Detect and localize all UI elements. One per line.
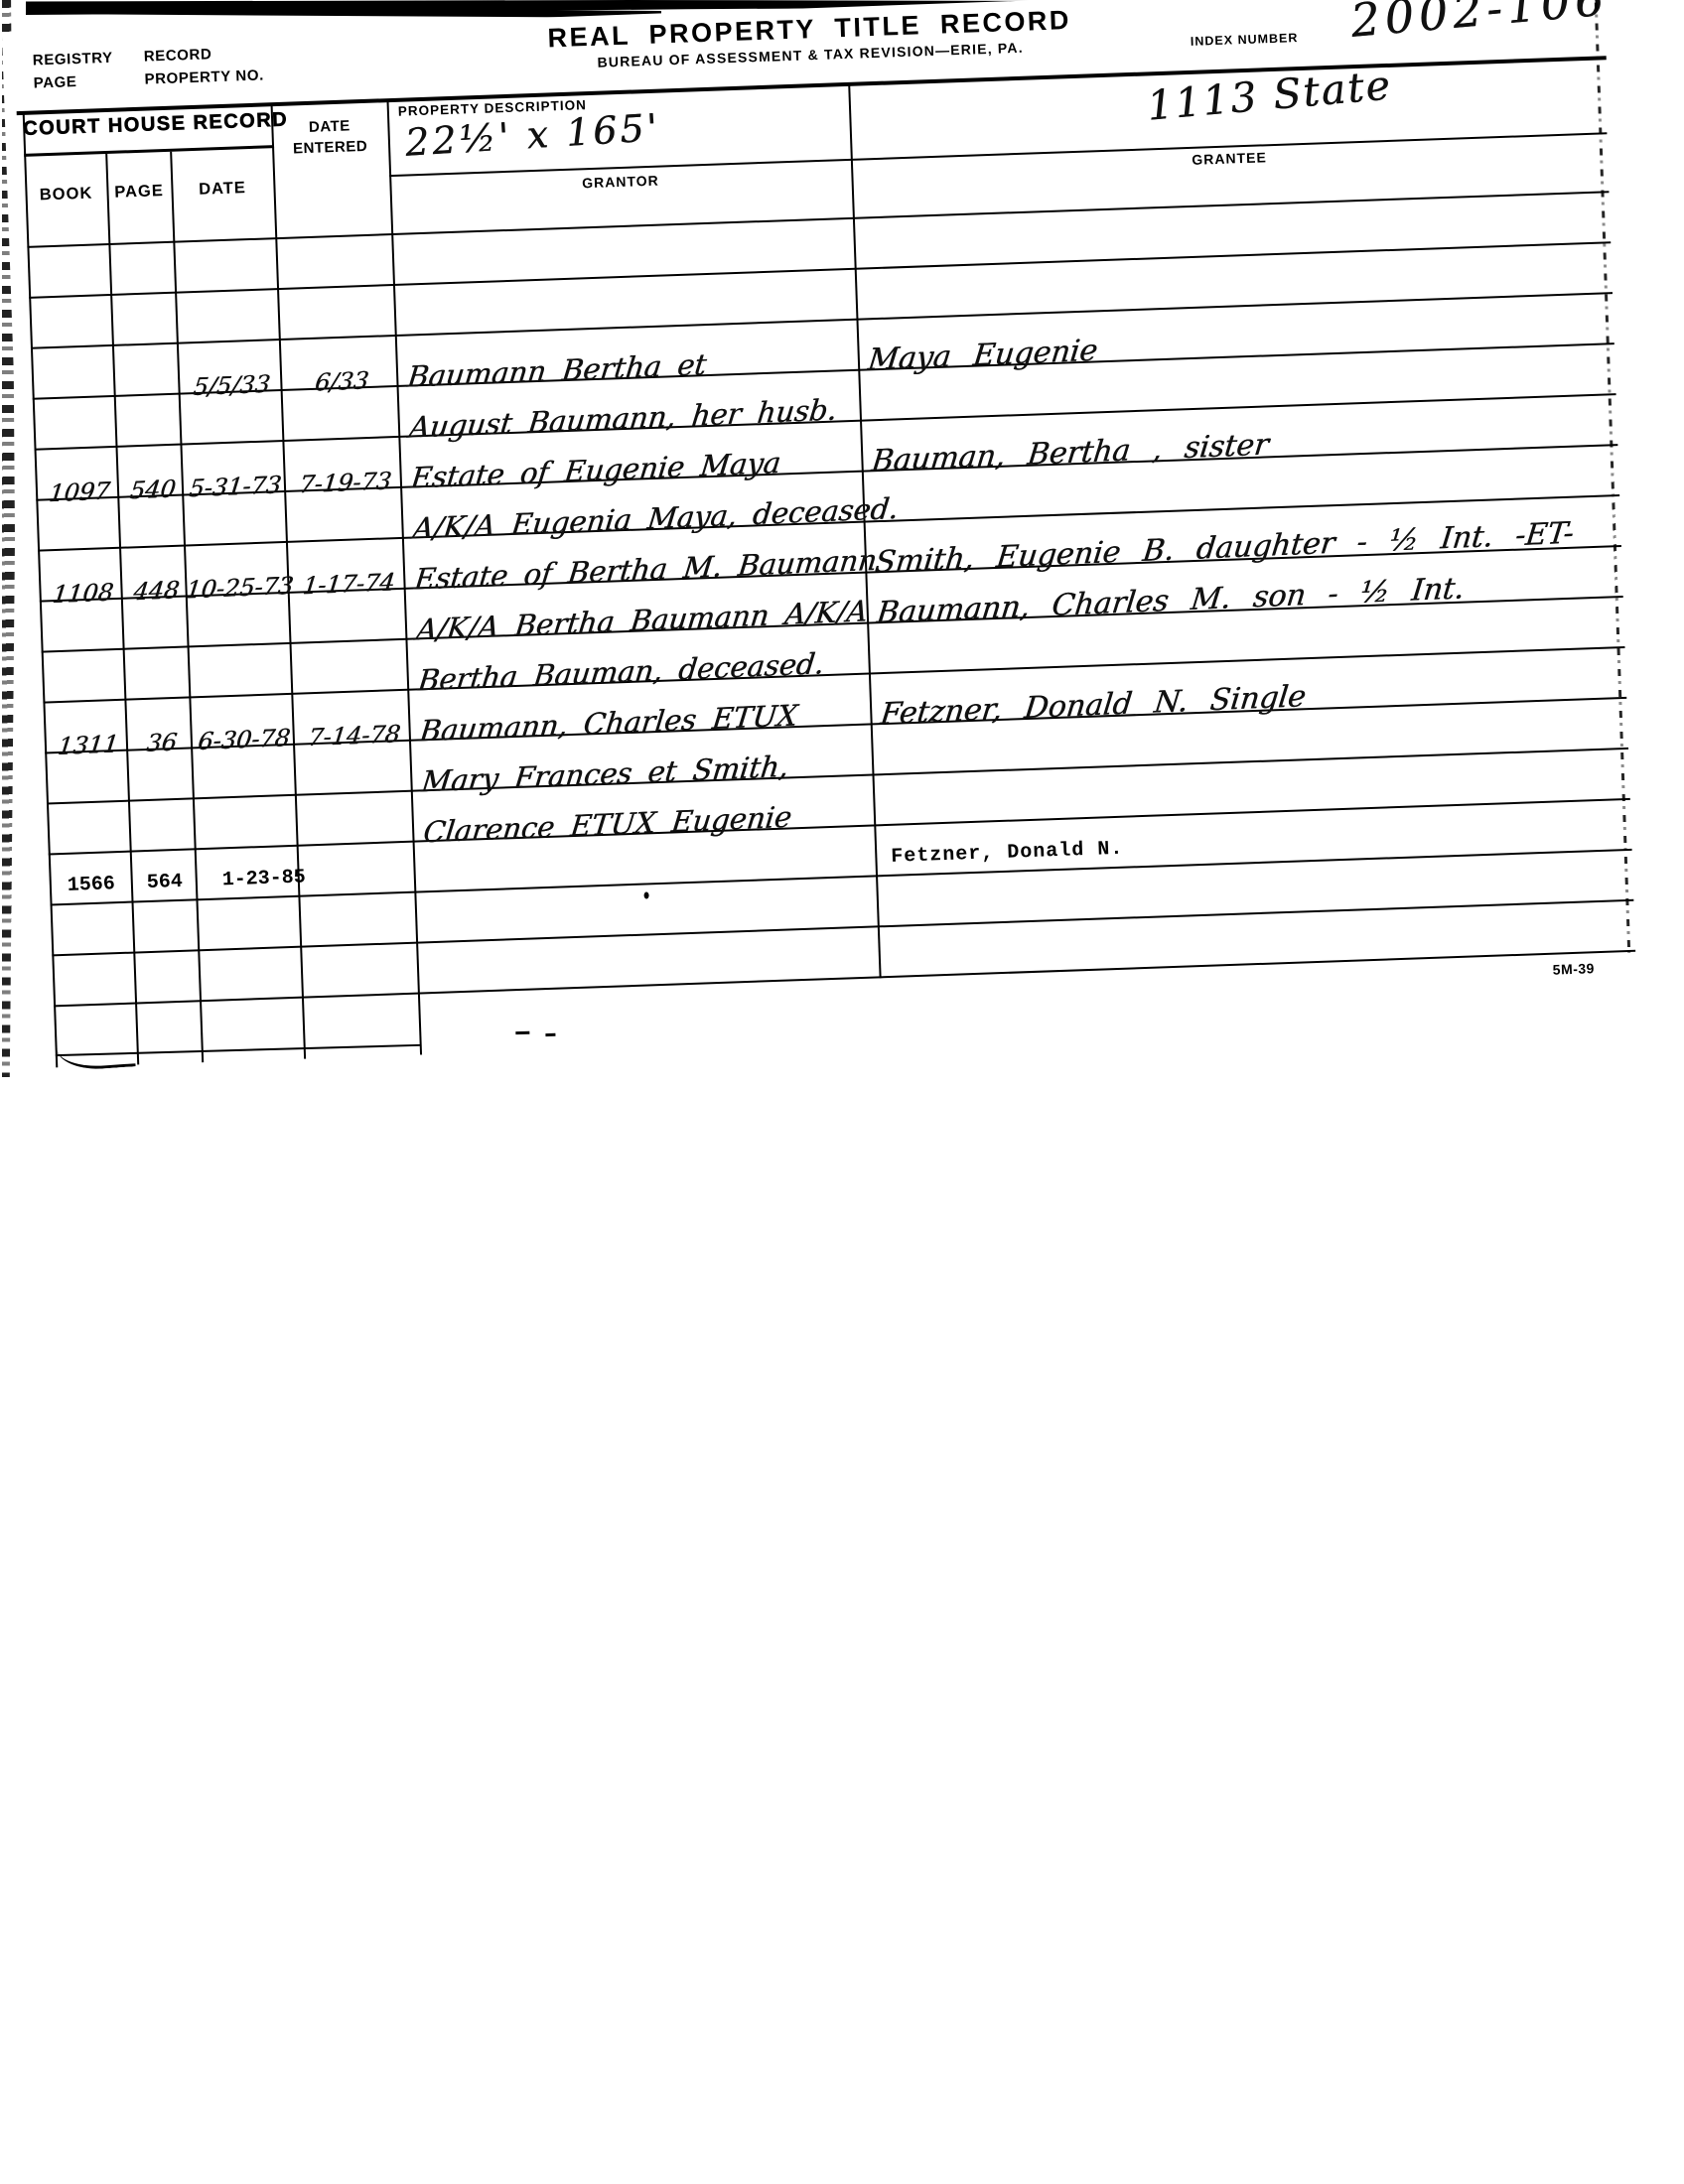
column-header-grantor: GRANTOR bbox=[389, 166, 851, 198]
column-header-grantee: GRANTEE bbox=[851, 137, 1608, 180]
column-header-book: BOOK bbox=[25, 184, 107, 205]
scan-artifact-tick bbox=[545, 1033, 555, 1036]
court-house-record-header: COURT HOUSE RECORD bbox=[23, 109, 274, 141]
cell-date: 1-23-85 bbox=[200, 868, 328, 891]
column-header-page: PAGE bbox=[106, 182, 172, 203]
registry-page-label: REGISTRY PAGE bbox=[32, 47, 113, 95]
record-property-no-label: RECORD PROPERTY NO. bbox=[143, 41, 264, 91]
form-number: 5M-39 bbox=[1552, 960, 1595, 977]
scanned-document-page: REGISTRY PAGE RECORD PROPERTY NO. REAL P… bbox=[0, 0, 1684, 2184]
scan-artifact-tick bbox=[515, 1031, 529, 1034]
court-house-record-underline bbox=[24, 145, 274, 157]
record-table: 5/5/336/33Baumann Bertha etMaya EugenieA… bbox=[27, 191, 1635, 1007]
cell-book: 1566 bbox=[52, 875, 132, 897]
column-header-date-entered: DATE ENTERED bbox=[271, 114, 388, 160]
index-number-label: INDEX NUMBER bbox=[1191, 31, 1299, 49]
title-record-card: REGISTRY PAGE RECORD PROPERTY NO. REAL P… bbox=[2, 0, 1648, 1088]
scan-artifact-corner-mark bbox=[57, 1043, 135, 1071]
scan-artifact-dot bbox=[643, 891, 648, 898]
column-header-date: DATE bbox=[171, 178, 274, 201]
index-number-value: 2002-106 bbox=[1348, 0, 1611, 48]
cell-page: 564 bbox=[133, 872, 198, 893]
